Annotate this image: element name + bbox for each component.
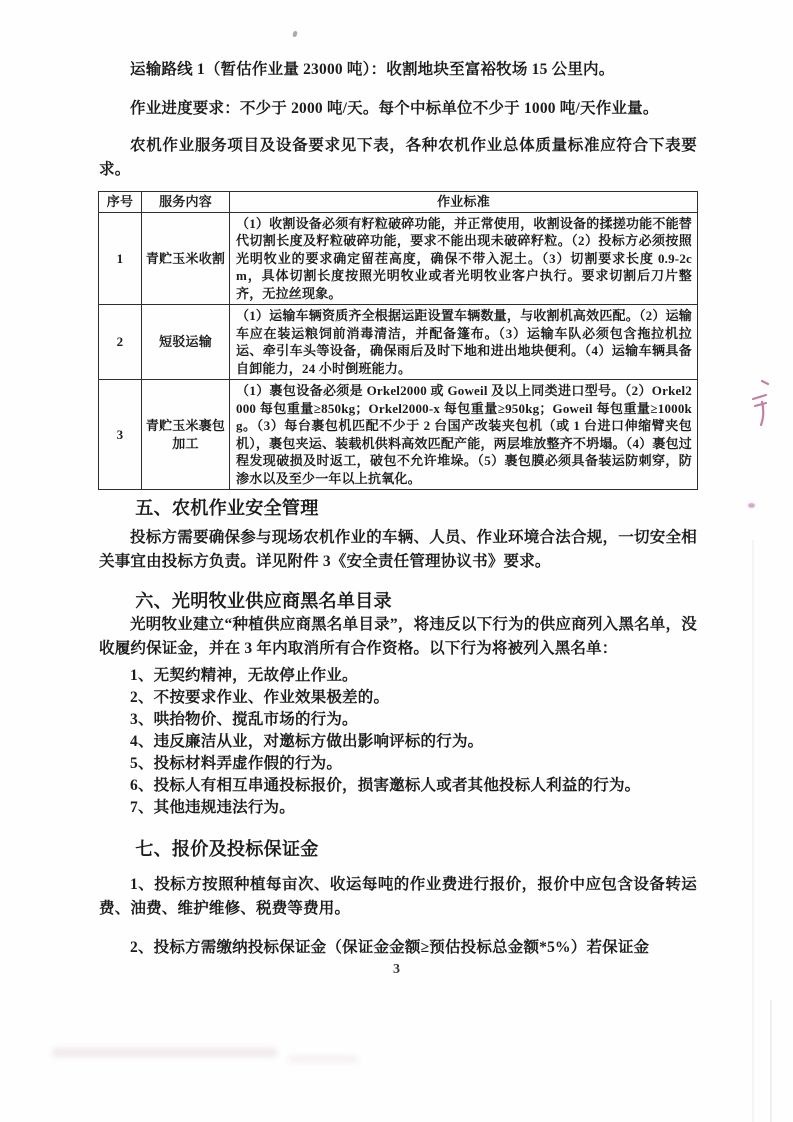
page-number: 3 bbox=[0, 962, 793, 978]
scan-speck bbox=[292, 31, 298, 38]
col-header-service: 服务内容 bbox=[142, 192, 230, 213]
cell-standard: （1）收割设备必须有籽粒破碎功能，并正常使用，收割设备的揉搓功能不能替代切割长度… bbox=[230, 212, 698, 305]
paragraph-transport-route: 运输路线 1（暂估作业量 23000 吨）：收割地块至富裕牧场 15 公里内。 bbox=[99, 58, 697, 82]
cell-seq: 2 bbox=[99, 305, 142, 380]
section-7-paragraph-2: 2、投标方需缴纳投标保证金（保证金金额≥预估投标总金额*5%）若保证金 bbox=[99, 936, 697, 960]
section-7-paragraph-1: 1、投标方按照种植每亩次、收运每吨的作业费进行报价，报价中应包含设备转运费、油费… bbox=[99, 873, 697, 921]
section-5-title: 五、农机作业安全管理 bbox=[99, 496, 697, 520]
cell-service: 青贮玉米收割 bbox=[142, 212, 230, 305]
list-item: 4、违反廉洁从业，对邀标方做出影响评标的行为。 bbox=[99, 731, 697, 753]
list-item: 1、无契约精神，无故停止作业。 bbox=[99, 665, 697, 687]
blacklist-behavior-list: 1、无契约精神，无故停止作业。 2、不按要求作业、作业效果极差的。 3、哄抬物价… bbox=[99, 665, 697, 819]
table-header-row: 序号 服务内容 作业标准 bbox=[99, 192, 698, 213]
bottom-smudge-icon bbox=[52, 1048, 277, 1057]
section-5-body: 投标方需要确保参与现场农机作业的车辆、人员、作业环境合法合规，一切安全相关事宜由… bbox=[99, 526, 697, 574]
cell-standard: （1）运输车辆资质齐全根据运距设置车辆数量，与收割机高效匹配。（2）运输车应在装… bbox=[230, 305, 698, 380]
section-6-intro: 光明牧业建立“种植供应商黑名单目录”，将违反以下行为的供应商列入黑名单，没收履约… bbox=[99, 613, 697, 661]
scan-edge-line bbox=[752, 540, 754, 1122]
cell-seq: 3 bbox=[99, 380, 142, 490]
cell-service: 青贮玉米裹包加工 bbox=[142, 380, 230, 490]
table-row: 2 短驳运输 （1）运输车辆资质齐全根据运距设置车辆数量，与收割机高效匹配。（2… bbox=[99, 305, 698, 380]
bottom-smudge-icon bbox=[288, 1056, 358, 1062]
paragraph-progress-requirement: 作业进度要求：不少于 2000 吨/天。每个中标单位不少于 1000 吨/天作业… bbox=[99, 97, 697, 121]
cell-service: 短驳运输 bbox=[142, 305, 230, 380]
paragraph-table-lead-in: 农机作业服务项目及设备要求见下表，各种农机作业总体质量标准应符合下表要求。 bbox=[99, 134, 697, 182]
list-item: 5、投标材料弄虚作假的行为。 bbox=[99, 753, 697, 775]
list-item: 2、不按要求作业、作业效果极差的。 bbox=[99, 687, 697, 709]
col-header-seq: 序号 bbox=[99, 192, 142, 213]
list-item: 3、哄抬物价、搅乱市场的行为。 bbox=[99, 709, 697, 731]
scan-edge-line bbox=[770, 1000, 772, 1122]
cell-seq: 1 bbox=[99, 212, 142, 305]
col-header-standard: 作业标准 bbox=[230, 192, 698, 213]
list-item: 6、投标人有相互串通投标报价，损害邀标人或者其他投标人利益的行为。 bbox=[99, 775, 697, 797]
cell-standard: （1）裹包设备必须是 Orkel2000 或 Goweil 及以上同类进口型号。… bbox=[230, 380, 698, 490]
service-standards-table: 序号 服务内容 作业标准 1 青贮玉米收割 （1）收割设备必须有籽粒破碎功能，并… bbox=[98, 191, 698, 490]
section-6-title: 六、光明牧业供应商黑名单目录 bbox=[99, 589, 697, 613]
table-row: 1 青贮玉米收割 （1）收割设备必须有籽粒破碎功能，并正常使用，收割设备的揉搓功… bbox=[99, 212, 698, 305]
section-7-title: 七、报价及投标保证金 bbox=[99, 837, 697, 861]
table-row: 3 青贮玉米裹包加工 （1）裹包设备必须是 Orkel2000 或 Goweil… bbox=[99, 380, 698, 490]
pink-handwriting-mark bbox=[746, 374, 780, 432]
list-item: 7、其他违规违法行为。 bbox=[99, 797, 697, 819]
document-body: 运输路线 1（暂估作业量 23000 吨）：收割地块至富裕牧场 15 公里内。 … bbox=[99, 58, 697, 975]
pink-ink-dot bbox=[748, 503, 755, 508]
scanned-document-page: 运输路线 1（暂估作业量 23000 吨）：收割地块至富裕牧场 15 公里内。 … bbox=[0, 0, 793, 1122]
